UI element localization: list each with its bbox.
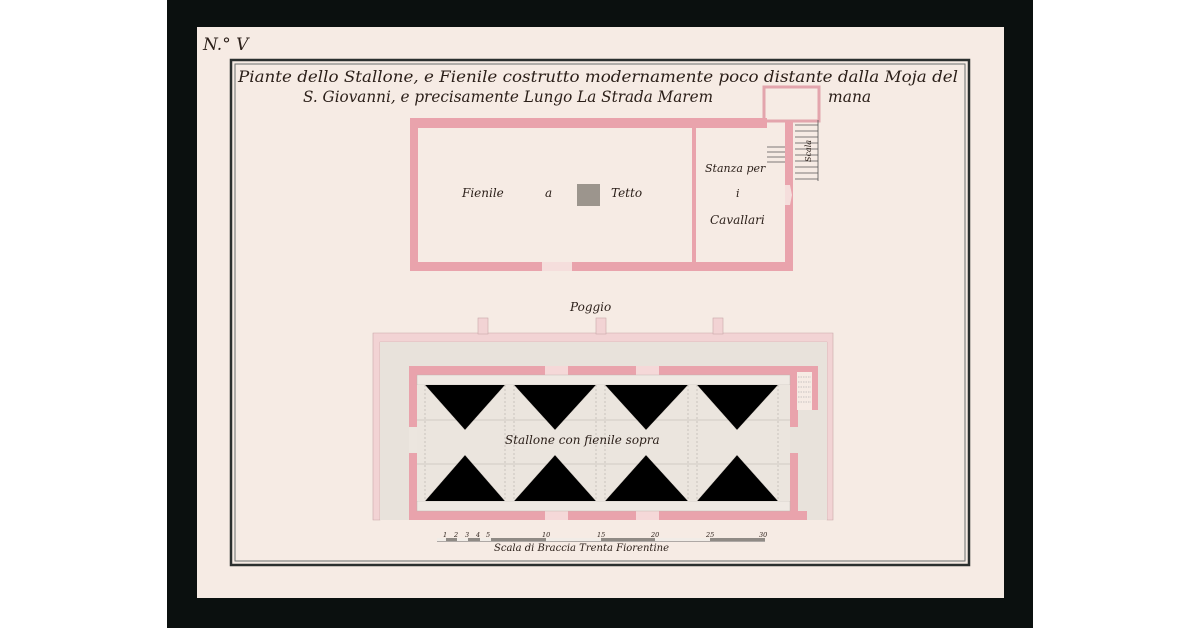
plate-number: N.° V xyxy=(202,35,250,55)
scale-tick: 1 xyxy=(443,531,447,539)
scale-tick: 4 xyxy=(475,531,480,539)
architectural-drawing: N.° V Piante dello Stallone, e Fienile c… xyxy=(0,0,1200,628)
label-stallone: Stallone con fienile sopra xyxy=(505,433,660,447)
scale-tick: 3 xyxy=(465,531,469,539)
label-scala: Scala xyxy=(804,140,813,162)
label-cavallari: Cavallari xyxy=(710,213,765,227)
title-line-1: Piante dello Stallone, e Fienile costrut… xyxy=(237,68,958,86)
upper-floor-plan xyxy=(410,87,819,271)
label-a: a xyxy=(545,186,552,200)
scale-tick: 25 xyxy=(705,531,714,539)
scale-caption: Scala di Braccia Trenta Fiorentine xyxy=(494,543,669,554)
scale-tick: 2 xyxy=(453,531,458,539)
label-fienile: Fienile xyxy=(461,186,504,200)
title-line-2-left: S. Giovanni, e precisamente Lungo La Str… xyxy=(303,88,713,106)
label-i: i xyxy=(736,187,740,200)
scale-tick: 5 xyxy=(486,531,490,539)
scale-tick: 15 xyxy=(597,531,605,539)
label-poggio: Poggio xyxy=(569,300,611,314)
scale-tick: 10 xyxy=(542,531,550,539)
label-tetto: Tetto xyxy=(611,186,642,200)
title-line-2-right: mana xyxy=(828,88,871,106)
ground-floor-plan xyxy=(373,318,833,520)
scale-tick: 20 xyxy=(650,531,659,539)
scale-tick: 30 xyxy=(759,531,767,539)
label-stanza-per: Stanza per xyxy=(705,162,766,175)
